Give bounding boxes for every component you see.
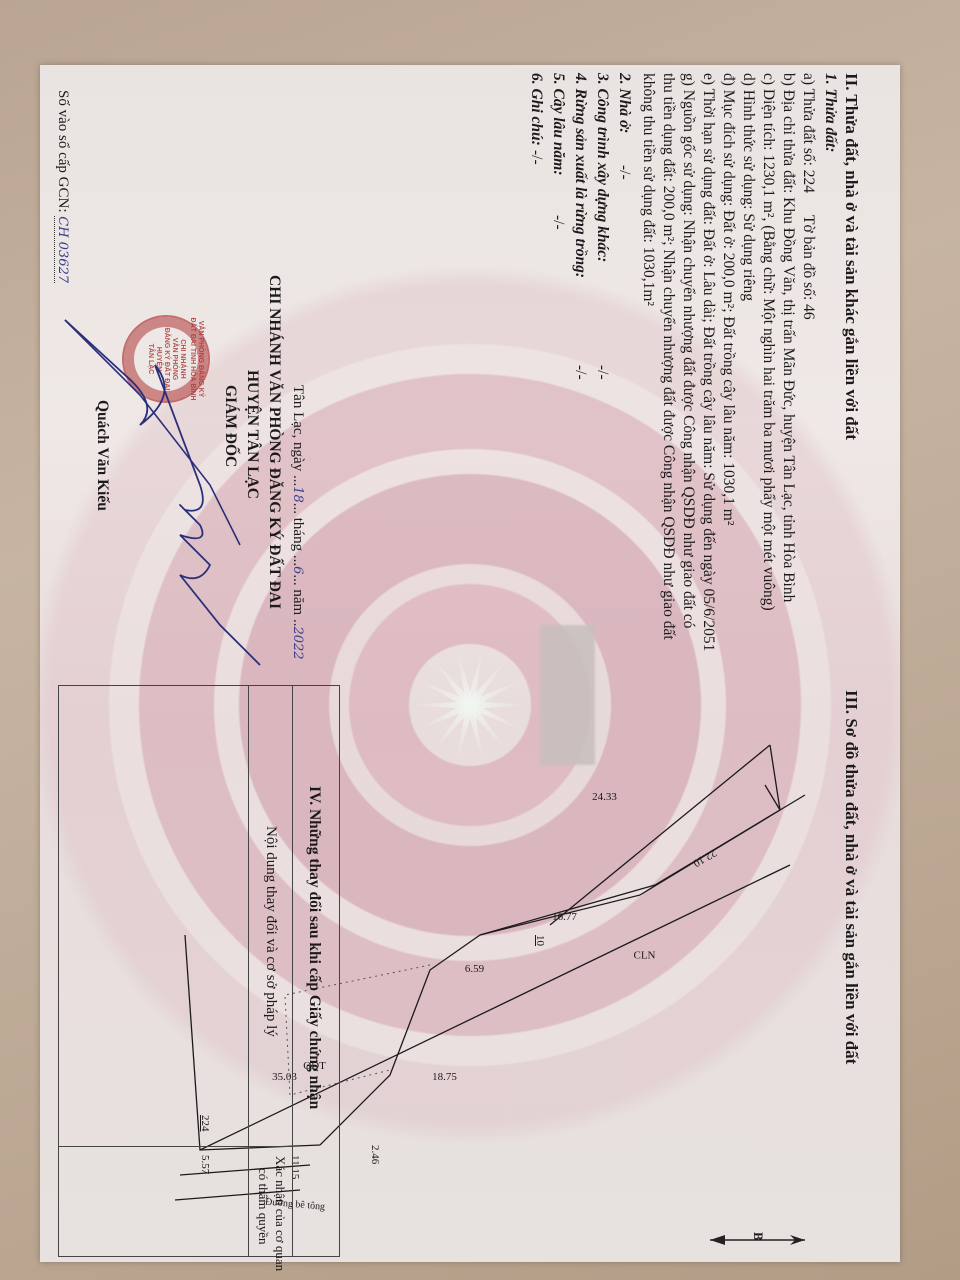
edge-length-label: 16.77 <box>552 912 577 923</box>
neighbor-parcel-label: 10 <box>534 935 545 946</box>
edge-length-label: 6.59 <box>465 964 484 975</box>
edge-length-label: 18.75 <box>432 1072 457 1083</box>
col-authority-confirm-1: Xác nhận của cơ quan <box>272 1156 288 1271</box>
section-iv-heading: IV. Những thay đổi sau khi cấp Giấy chứn… <box>305 786 323 1109</box>
edge-length-label: 2.46 <box>369 1145 380 1164</box>
changes-table-divider <box>59 1146 293 1147</box>
land-use-code-cln: CLN <box>634 951 656 962</box>
col-authority-confirm-2: có thẩm quyền <box>255 1168 271 1245</box>
changes-table: IV. Những thay đổi sau khi cấp Giấy chứn… <box>58 685 340 1257</box>
edge-length-label: 24.33 <box>592 792 617 803</box>
land-certificate-sheet: II. Thửa đất, nhà ở và tài sản khác gắn … <box>40 65 900 1262</box>
changes-table-header-row: Nội dung thay đổi và cơ sở pháp lý Xác n… <box>248 686 293 1256</box>
north-label: B <box>752 1232 765 1241</box>
col-change-content: Nội dung thay đổi và cơ sở pháp lý <box>262 826 279 1037</box>
changes-table-title-row: IV. Những thay đổi sau khi cấp Giấy chứn… <box>292 686 339 1256</box>
